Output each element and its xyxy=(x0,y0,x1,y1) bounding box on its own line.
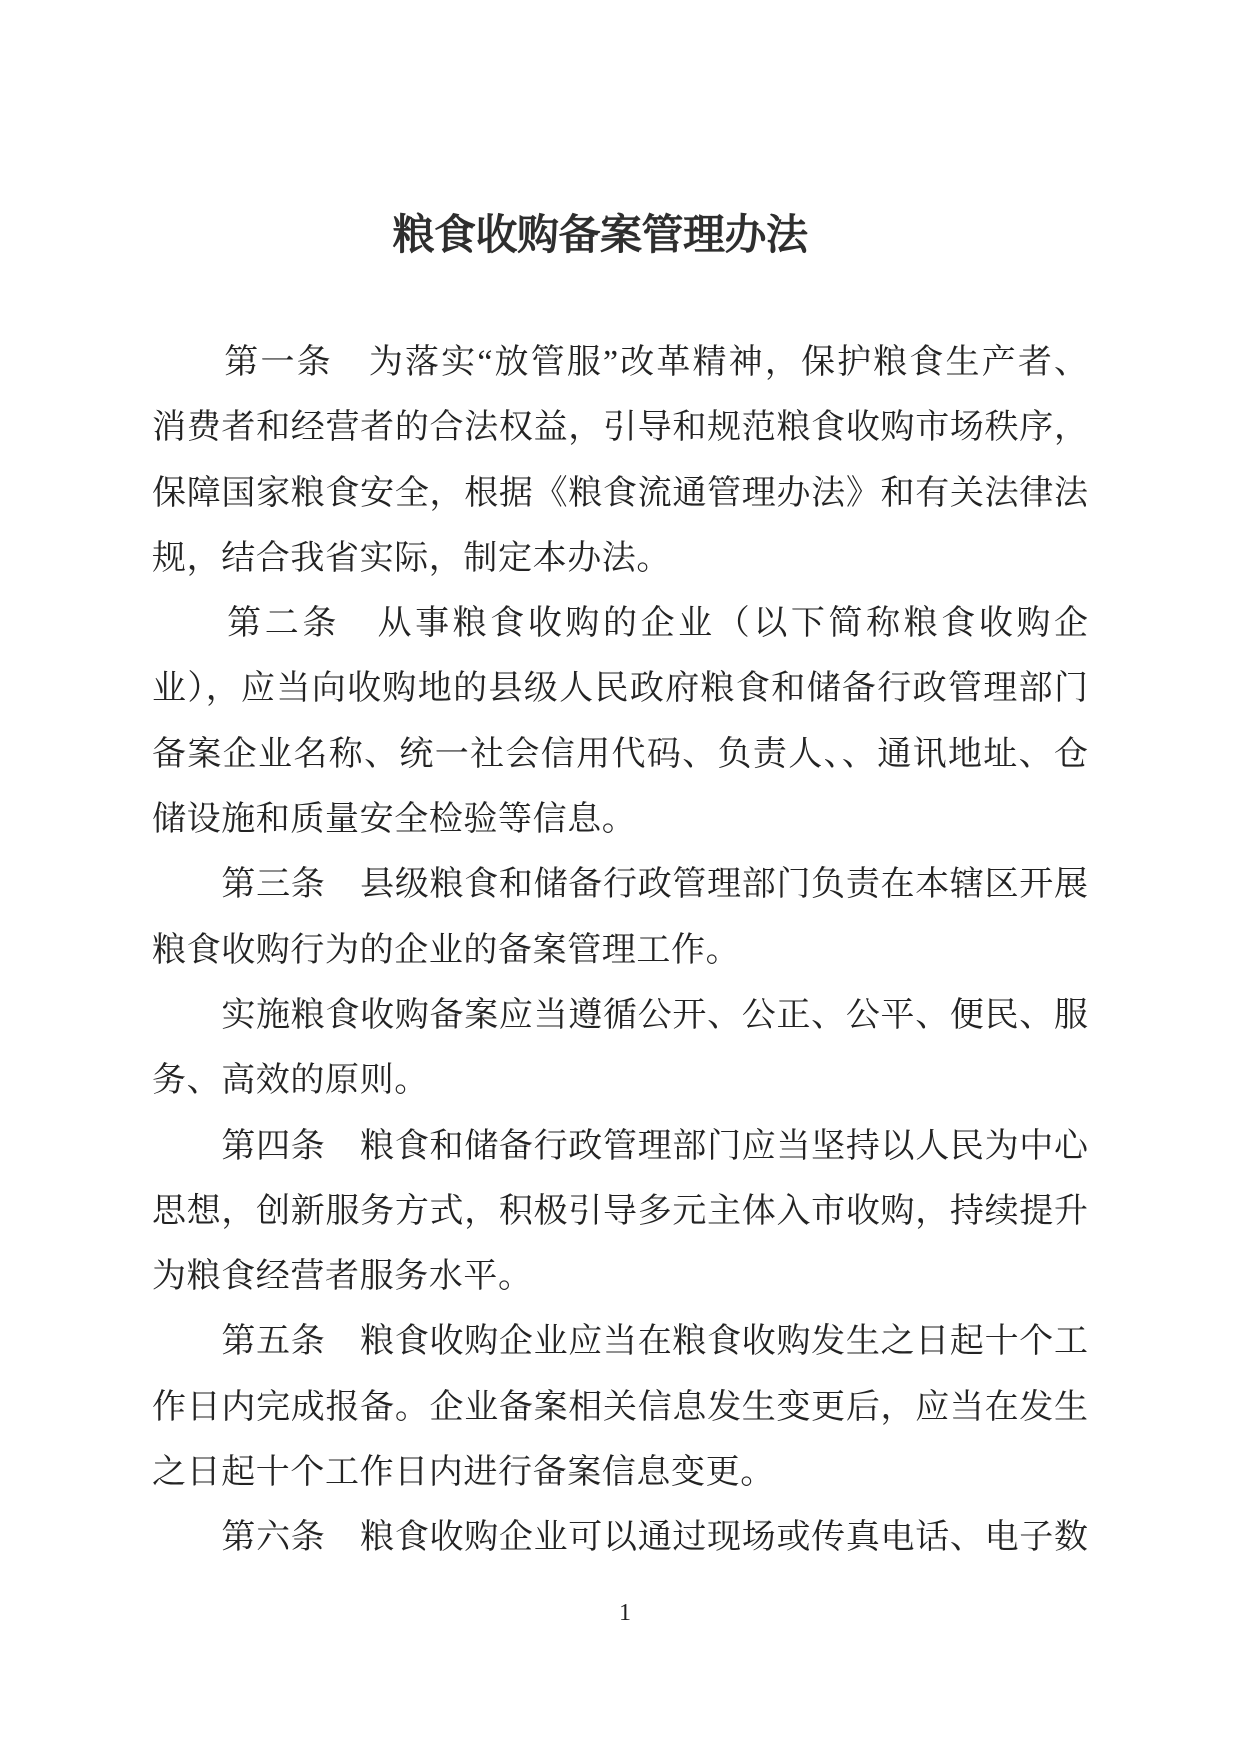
text-line: 实施粮食收购备案应当遵循公开、公正、公平、便民、服 xyxy=(152,983,1088,1048)
text-line: 第三条 县级粮食和储备行政管理部门负责在本辖区开展 xyxy=(152,852,1088,917)
text-line: 规，结合我省实际，制定本办法。 xyxy=(152,526,1088,591)
text-line: 第六条 粮食收购企业可以通过现场或传真电话、电子数 xyxy=(152,1505,1088,1570)
text-line: 保障国家粮食安全，根据《粮食流通管理办法》和有关法律法 xyxy=(152,461,1088,526)
text-line: 第二条 从事粮食收购的企业（以下简称粮食收购企 xyxy=(152,591,1088,656)
text-line: 第一条 为落实“放管服”改革精神，保护粮食生产者、 xyxy=(152,330,1088,395)
text-line: 第四条 粮食和储备行政管理部门应当坚持以人民为中心 xyxy=(152,1114,1088,1179)
text-line: 备案企业名称、统一社会信用代码、负责人、、通讯地址、仓 xyxy=(152,722,1088,787)
text-line: 思想，创新服务方式，积极引导多元主体入市收购，持续提升 xyxy=(152,1179,1088,1244)
text-line: 储设施和质量安全检验等信息。 xyxy=(152,787,1088,852)
text-line: 之日起十个工作日内进行备案信息变更。 xyxy=(152,1440,1088,1505)
text-line: 作日内完成报备。企业备案相关信息发生变更后，应当在发生 xyxy=(152,1375,1088,1440)
document-title: 粮食收购备案管理办法 xyxy=(0,205,1240,267)
text-line: 务、高效的原则。 xyxy=(152,1048,1088,1113)
text-line: 消费者和经营者的合法权益，引导和规范粮食收购市场秩序， xyxy=(152,395,1088,460)
text-line: 粮食收购行为的企业的备案管理工作。 xyxy=(152,918,1088,983)
text-line: 为粮食经营者服务水平。 xyxy=(152,1244,1088,1309)
page-number: 1 xyxy=(0,1597,1240,1629)
document-page: 粮食收购备案管理办法 第一条 为落实“放管服”改革精神，保护粮食生产者、 消费者… xyxy=(0,0,1240,1753)
text-line: 业），应当向收购地的县级人民政府粮食和储备行政管理部门 xyxy=(152,656,1088,721)
document-body: 第一条 为落实“放管服”改革精神，保护粮食生产者、 消费者和经营者的合法权益，引… xyxy=(152,330,1088,1571)
text-line: 第五条 粮食收购企业应当在粮食收购发生之日起十个工 xyxy=(152,1309,1088,1374)
